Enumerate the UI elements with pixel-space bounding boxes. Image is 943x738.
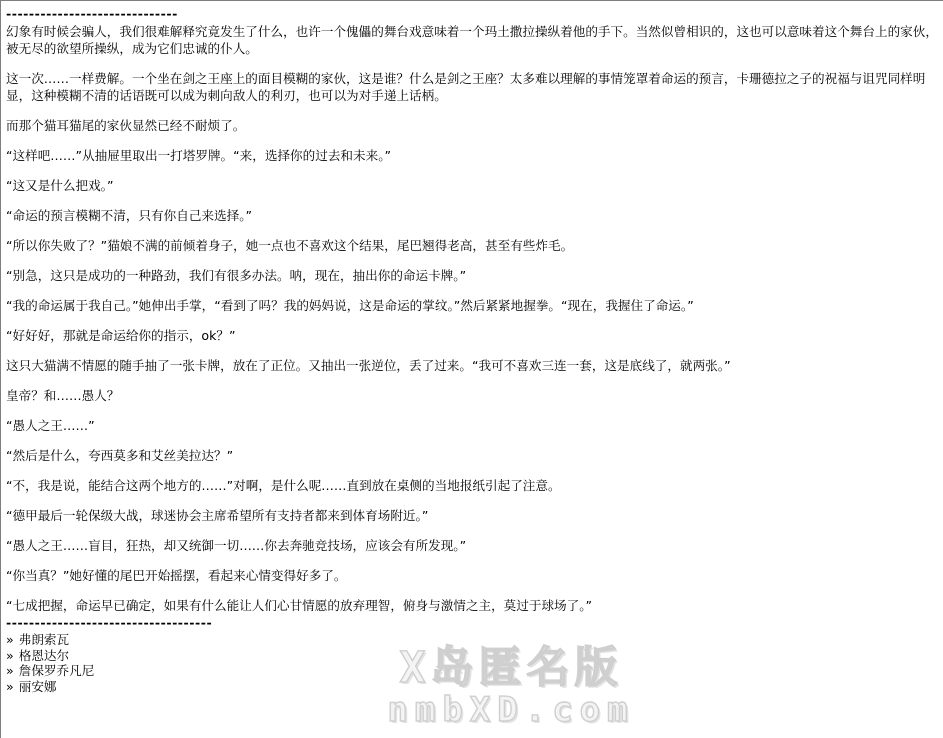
post-paragraph: “愚人之王……盲目，狂热，却又统御一切……你去奔驰竞技场，应该会有所发现。” bbox=[6, 537, 939, 554]
reference-item: »格恩达尔 bbox=[6, 648, 939, 664]
reference-item: »弗朗索瓦 bbox=[6, 632, 939, 648]
reference-name: 弗朗索瓦 bbox=[19, 632, 69, 647]
post-paragraph: 皇帝？和……愚人？ bbox=[6, 387, 939, 404]
post-paragraph: “愚人之王……” bbox=[6, 417, 939, 434]
post-paragraph: “七成把握，命运早已确定，如果有什么能让人们心甘情愿的放弃理智，俯身与激情之主，… bbox=[6, 597, 939, 614]
post-paragraph: “然后是什么，夸西莫多和艾丝美拉达？” bbox=[6, 447, 939, 464]
post-paragraph: 这一次……一样费解。一个坐在剑之王座上的面目模糊的家伙，这是谁？什么是剑之王座？… bbox=[6, 70, 939, 104]
post-paragraph: 而那个猫耳猫尾的家伙显然已经不耐烦了。 bbox=[6, 117, 939, 134]
post-paragraph: 幻象有时候会骗人，我们很难解释究竟发生了什么，也许一个傀儡的舞台戏意味着一个玛土… bbox=[6, 23, 939, 57]
post-paragraph: “这又是什么把戏。” bbox=[6, 177, 939, 194]
reference-name: 格恩达尔 bbox=[19, 648, 69, 663]
post-paragraph: “我的命运属于我自己。”她伸出手掌，“看到了吗？我的妈妈说，这是命运的掌纹。”然… bbox=[6, 297, 939, 314]
post-paragraph: “别急，这只是成功的一种路劲，我们有很多办法。呐，现在，抽出你的命运卡牌。” bbox=[6, 267, 939, 284]
post-paragraph: “好好好，那就是命运给你的指示，ok？” bbox=[6, 327, 939, 344]
post-paragraph: “不，我是说，能结合这两个地方的……”对啊，是什么呢……直到放在桌侧的当地报纸引… bbox=[6, 477, 939, 494]
post-divider-bottom: ------------------------------------ bbox=[6, 614, 939, 631]
reference-name: 詹保罗乔凡尼 bbox=[19, 663, 95, 678]
reference-list: »弗朗索瓦 »格恩达尔 »詹保罗乔凡尼 »丽安娜 bbox=[6, 632, 939, 694]
post-paragraph: 这只大猫满不情愿的随手抽了一张卡牌，放在了正位。又抽出一张逆位，丢了过来。“我可… bbox=[6, 357, 939, 374]
post-paragraph: “命运的预言模糊不清，只有你自己来选择。” bbox=[6, 207, 939, 224]
reference-name: 丽安娜 bbox=[19, 679, 57, 694]
post-paragraph: “所以你失败了？”猫娘不满的前倾着身子，她一点也不喜欢这个结果，尾巴翘得老高，甚… bbox=[6, 237, 939, 254]
post-paragraph: “你当真？”她好懂的尾巴开始摇摆，看起来心情变得好多了。 bbox=[6, 567, 939, 584]
post-paragraph: “德甲最后一轮保级大战，球迷协会主席希望所有支持者都来到体育场附近。” bbox=[6, 507, 939, 524]
reference-marker-icon: » bbox=[6, 663, 14, 678]
reference-marker-icon: » bbox=[6, 632, 14, 647]
post-paragraph: “这样吧……”从抽屉里取出一打塔罗牌。“来，选择你的过去和未来。” bbox=[6, 147, 939, 164]
post-divider-top: ------------------------------ bbox=[6, 5, 939, 22]
reference-item: »丽安娜 bbox=[6, 679, 939, 695]
post-page: ------------------------------ 幻象有时候会骗人，… bbox=[0, 0, 943, 738]
site-watermark-domain: nmbXD.com bbox=[361, 693, 661, 727]
reference-item: »詹保罗乔凡尼 bbox=[6, 663, 939, 679]
reference-marker-icon: » bbox=[6, 679, 14, 694]
reference-marker-icon: » bbox=[6, 648, 14, 663]
